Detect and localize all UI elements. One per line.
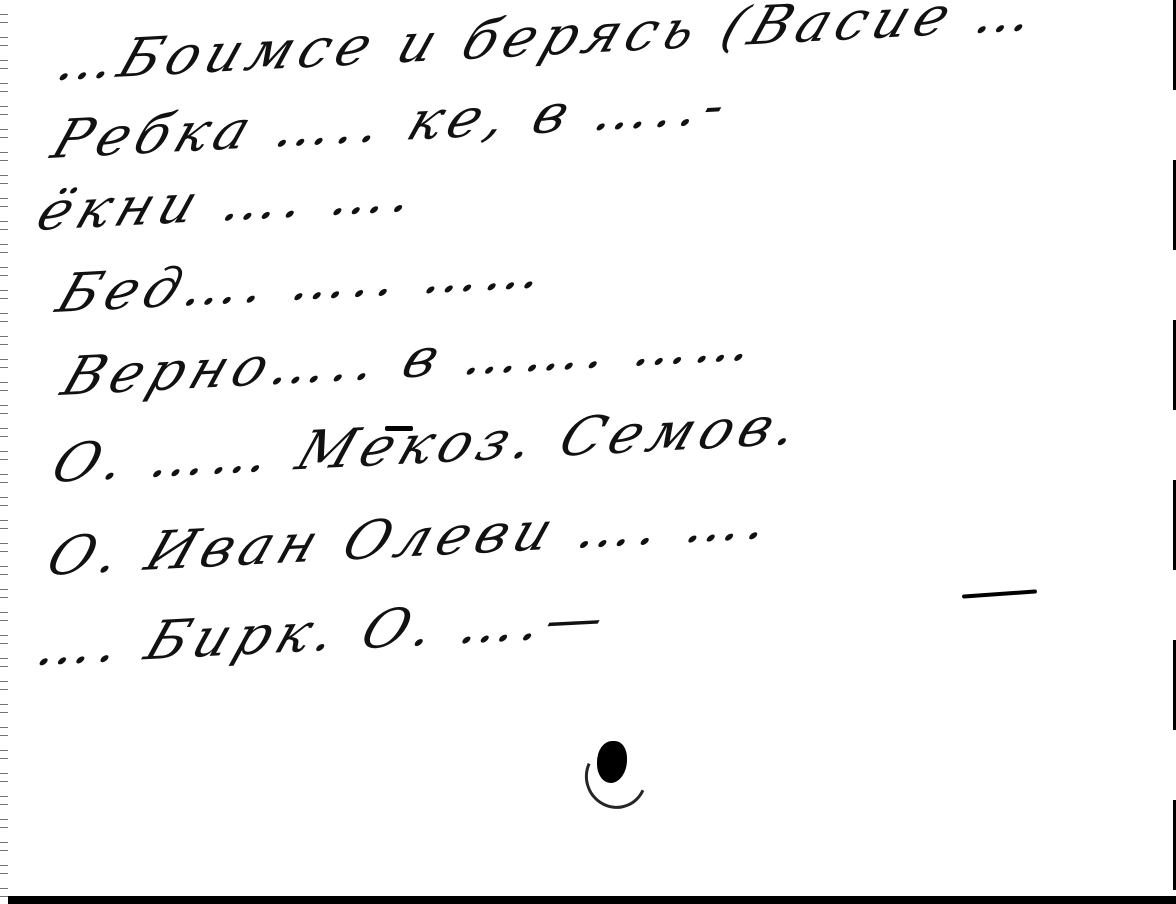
manuscript-page: …Боимсе и берясь (Васие … Ребка ….. ке, …: [0, 0, 1176, 904]
text-line-6: О. …… Мекоз. Семов.: [44, 394, 813, 495]
text-line-1: …Боимсе и берясь (Васие …: [49, 0, 1050, 93]
pen-flourish-mark: [962, 589, 1037, 598]
scan-edge-bottom: [8, 896, 1176, 904]
pen-stroke-mark: [385, 426, 413, 431]
ink-seal-icon: [585, 735, 645, 815]
scan-edge-left: [0, 0, 8, 904]
text-line-5: Верно….. в ……. ……: [54, 309, 770, 408]
text-line-3: ёкни …. ….: [29, 161, 430, 243]
text-line-2: Ребка ….. ке, в …..-: [44, 73, 741, 171]
text-line-7: О. Иван Олеви …. ….: [39, 488, 785, 588]
text-line-4: Бед…. ….. ……: [49, 237, 560, 325]
text-line-8: …. Бирк. О. ….—: [29, 586, 620, 678]
